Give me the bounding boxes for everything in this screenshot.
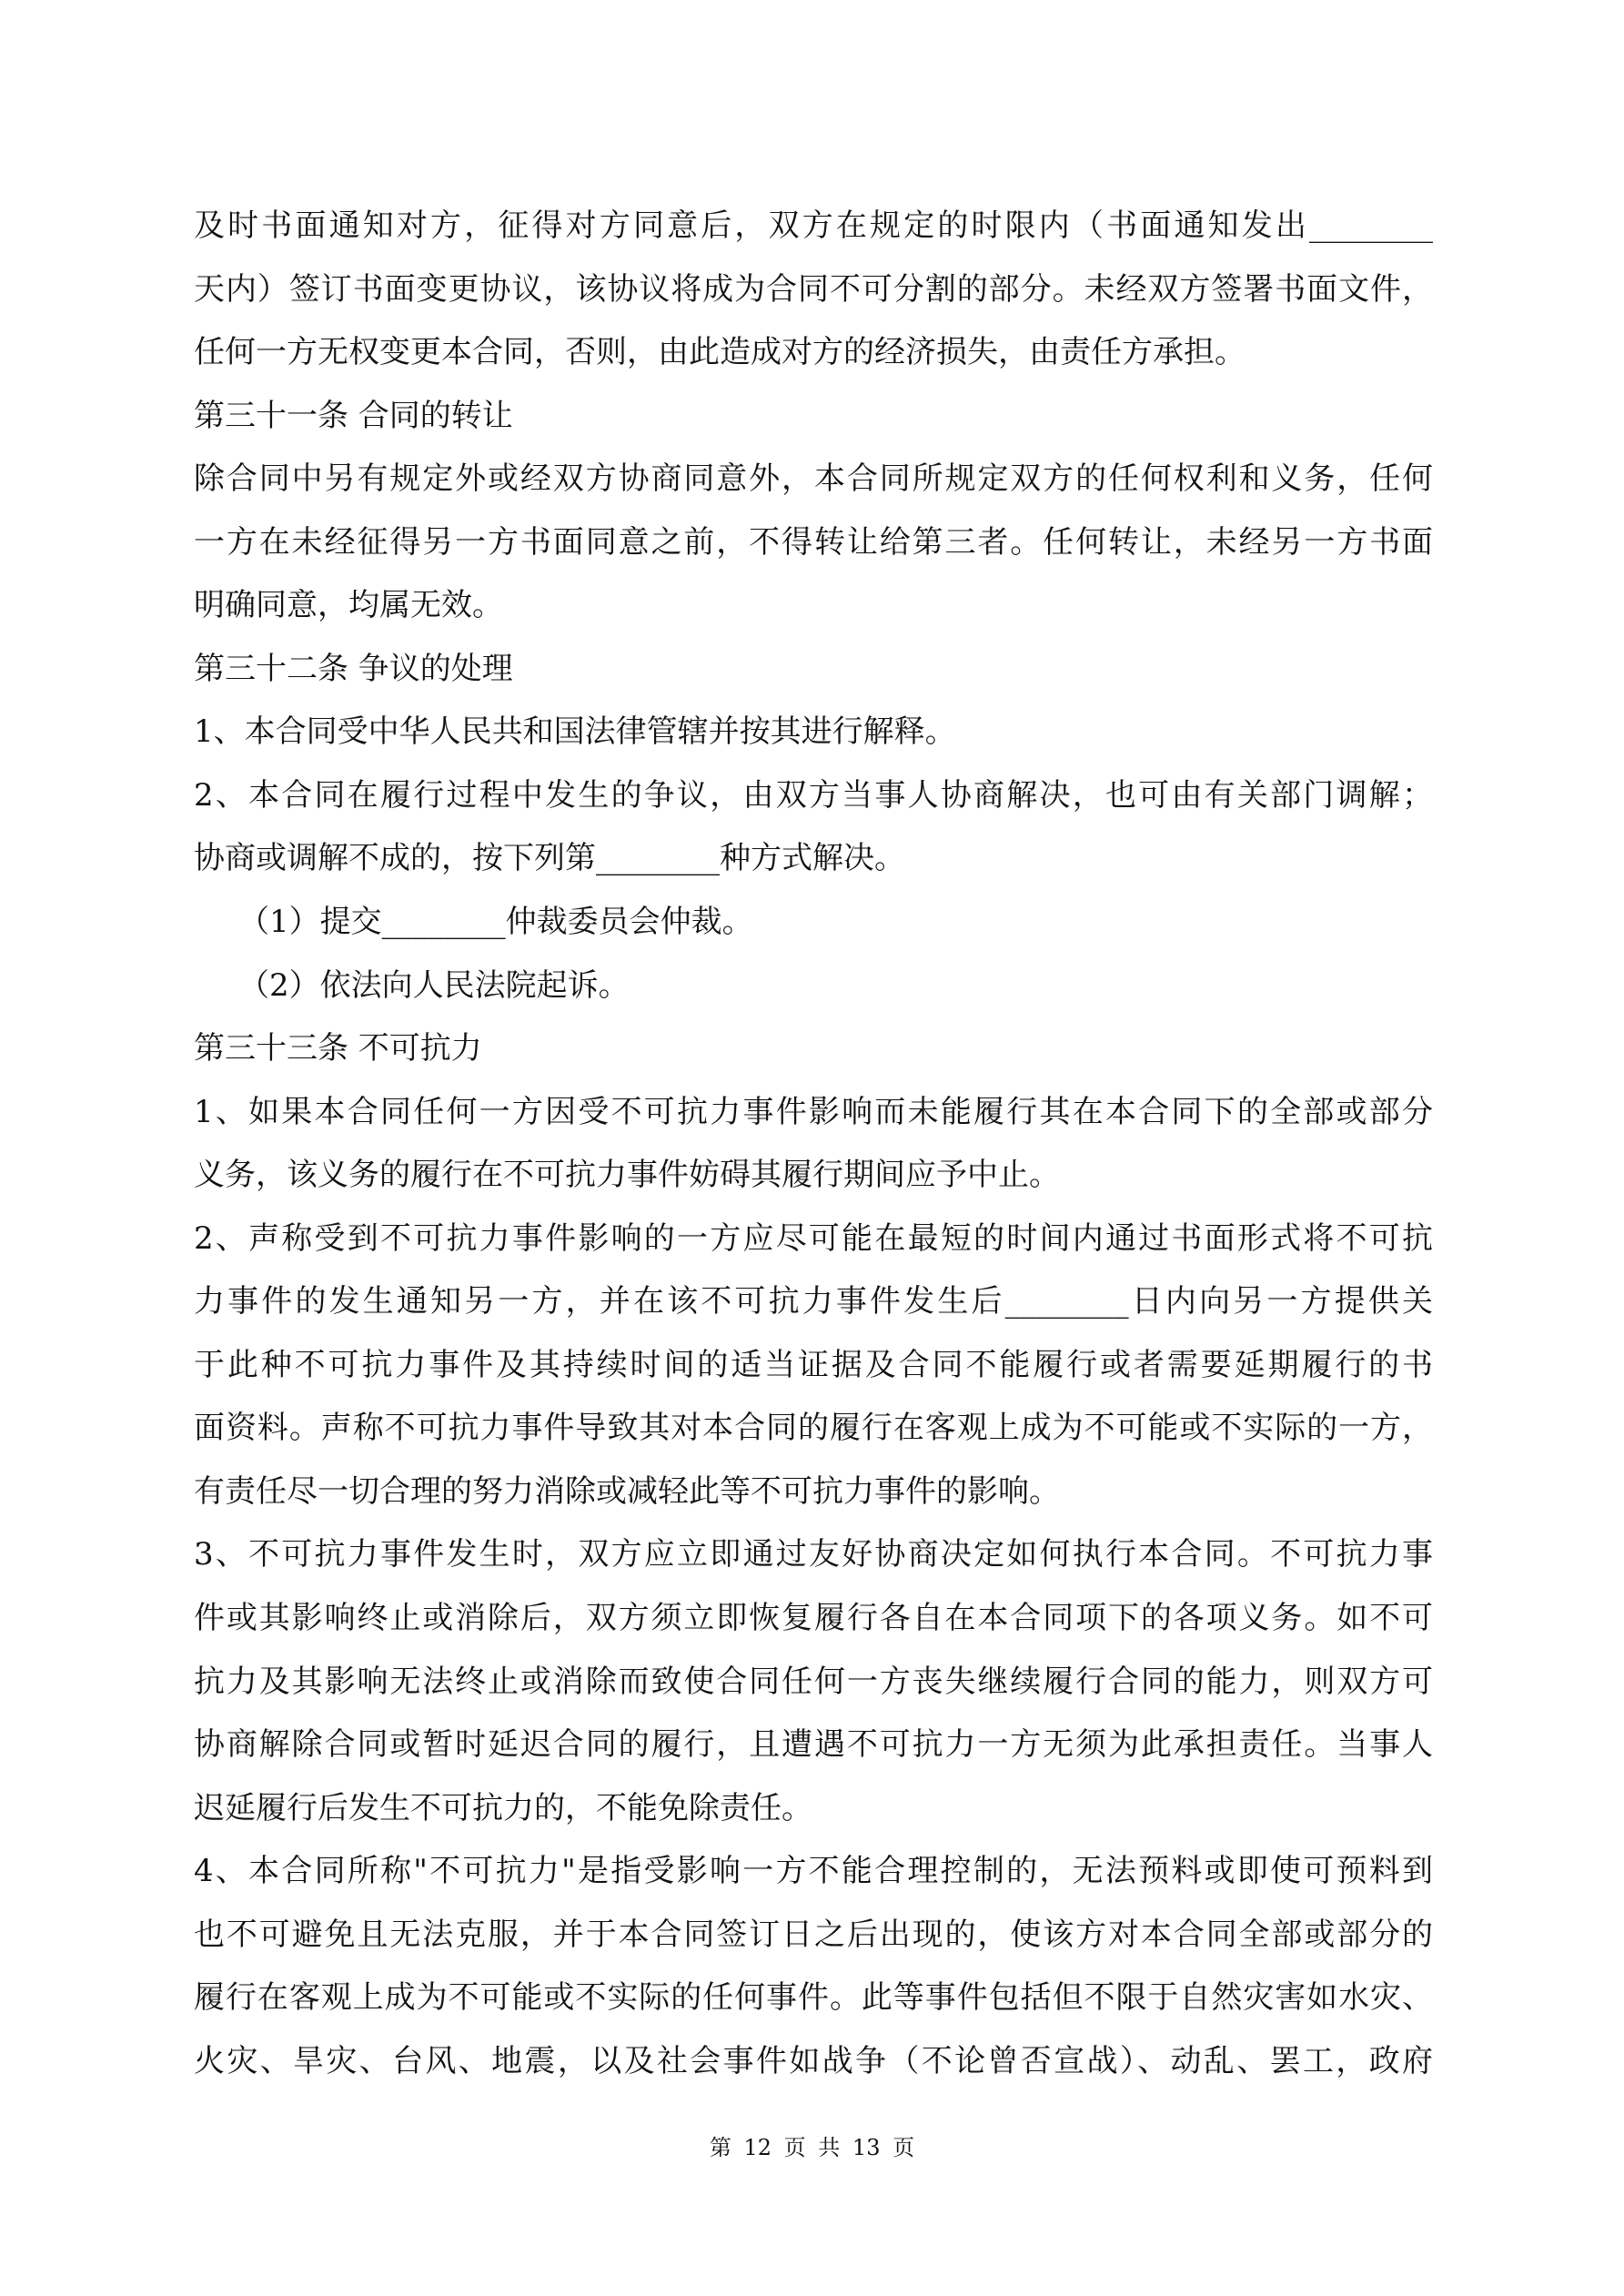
article-heading: 第三十一条 合同的转让 (194, 385, 1433, 449)
text-line: 协商或调解不成的，按下列第________种方式解决。 (194, 827, 1433, 891)
text-line: 3、不可抗力事件发生时，双方应立即通过友好协商决定如何执行本合同。不可抗力事 (194, 1523, 1433, 1587)
text-line: 有责任尽一切合理的努力消除或减轻此等不可抗力事件的影响。 (194, 1461, 1433, 1524)
text-line: 也不可避免且无法克服，并于本合同签订日之后出现的，使该方对本合同全部或部分的 (194, 1904, 1433, 1967)
text-line: 迟延履行后发生不可抗力的，不能免除责任。 (194, 1777, 1433, 1841)
text-line: 履行在客观上成为不可能或不实际的任何事件。此等事件包括但不限于自然灾害如水灾、 (194, 1967, 1433, 2030)
text-line: 义务，该义务的履行在不可抗力事件妨碍其履行期间应予中止。 (194, 1144, 1433, 1208)
text-line: 于此种不可抗力事件及其持续时间的适当证据及合同不能履行或者需要延期履行的书 (194, 1334, 1433, 1398)
text-line: 面资料。声称不可抗力事件导致其对本合同的履行在客观上成为不可能或不实际的一方， (194, 1397, 1433, 1461)
text-line: 任何一方无权变更本合同，否则，由此造成对方的经济损失，由责任方承担。 (194, 321, 1433, 385)
text-line: 力事件的发生通知另一方，并在该不可抗力事件发生后________日内向另一方提供… (194, 1270, 1433, 1334)
text-line: 件或其影响终止或消除后，双方须立即恢复履行各自在本合同项下的各项义务。如不可 (194, 1587, 1433, 1651)
text-line: 4、本合同所称"不可抗力"是指受影响一方不能合理控制的，无法预料或即使可预料到 (194, 1840, 1433, 1904)
text-line: 火灾、旱灾、台风、地震，以及社会事件如战争（不论曾否宣战）、动乱、罢工，政府 (194, 2030, 1433, 2094)
article-heading: 第三十三条 不可抗力 (194, 1017, 1433, 1081)
text-line: 2、声称受到不可抗力事件影响的一方应尽可能在最短的时间内通过书面形式将不可抗 (194, 1208, 1433, 1271)
text-line: 除合同中另有规定外或经双方协商同意外，本合同所规定双方的任何权利和义务，任何 (194, 448, 1433, 511)
text-line: 一方在未经征得另一方书面同意之前，不得转让给第三者。任何转让，未经另一方书面 (194, 511, 1433, 575)
text-line: 1、本合同受中华人民共和国法律管辖并按其进行解释。 (194, 701, 1433, 764)
text-line: 协商解除合同或暂时延迟合同的履行，且遭遇不可抗力一方无须为此承担责任。当事人 (194, 1714, 1433, 1777)
text-line: 及时书面通知对方，征得对方同意后，双方在规定的时限内（书面通知发出_______… (194, 195, 1433, 258)
page-number-footer: 第 12 页 共 13 页 (0, 2129, 1624, 2161)
text-line: 明确同意，均属无效。 (194, 574, 1433, 638)
contract-body: 及时书面通知对方，征得对方同意后，双方在规定的时限内（书面通知发出_______… (194, 195, 1433, 2093)
option-item: （1）提交________仲裁委员会仲裁。 (194, 891, 1433, 955)
document-page: 及时书面通知对方，征得对方同意后，双方在规定的时限内（书面通知发出_______… (0, 0, 1624, 2296)
article-heading: 第三十二条 争议的处理 (194, 638, 1433, 702)
text-line: 2、本合同在履行过程中发生的争议，由双方当事人协商解决，也可由有关部门调解； (194, 764, 1433, 828)
option-item: （2）依法向人民法院起诉。 (194, 955, 1433, 1018)
text-line: 天内）签订书面变更协议，该协议将成为合同不可分割的部分。未经双方签署书面文件， (194, 258, 1433, 322)
text-line: 1、如果本合同任何一方因受不可抗力事件影响而未能履行其在本合同下的全部或部分 (194, 1081, 1433, 1145)
text-line: 抗力及其影响无法终止或消除而致使合同任何一方丧失继续履行合同的能力，则双方可 (194, 1651, 1433, 1714)
